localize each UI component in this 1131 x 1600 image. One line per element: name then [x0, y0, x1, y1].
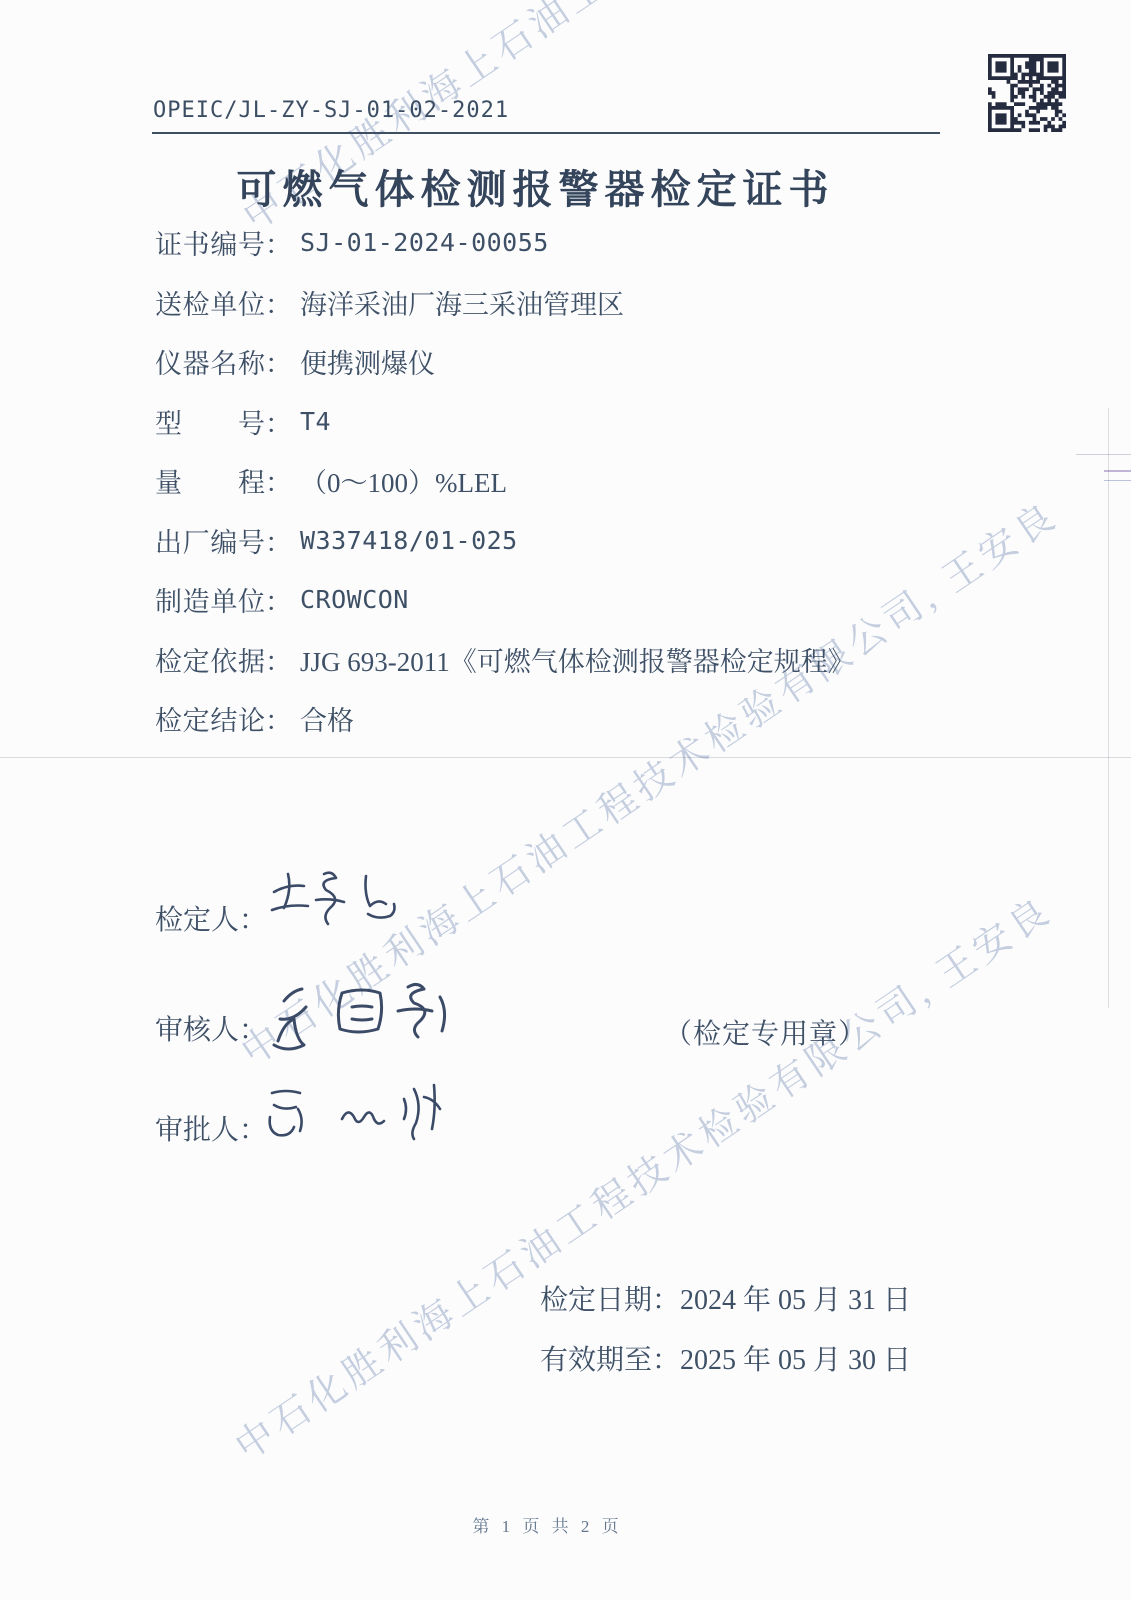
valid-until-label: 有效期至 — [540, 1338, 652, 1378]
field-value: 合格 — [300, 699, 354, 738]
approver-row: 审批人： — [155, 1108, 267, 1148]
valid-until-row: 有效期至：2025 年 05 月 30 日 — [540, 1328, 911, 1388]
field-label: 型号 — [155, 402, 265, 441]
field-colon: ： — [652, 1338, 680, 1378]
fields-block: 证书编号：SJ-01-2024-00055 送检单位：海洋采油厂海三采油管理区 … — [155, 213, 855, 749]
scan-artifact-hline-1 — [1076, 454, 1131, 455]
field-label: 证书编号 — [155, 223, 265, 262]
field-value: SJ-01-2024-00055 — [300, 228, 549, 257]
field-value: 海洋采油厂海三采油管理区 — [300, 283, 624, 322]
field-label: 送检单位 — [155, 283, 265, 322]
field-value: CROWCON — [300, 585, 409, 614]
valid-until-value: 2025 年 05 月 30 日 — [680, 1338, 911, 1378]
field-value: JJG 693-2011《可燃气体检测报警器检定规程》 — [300, 640, 855, 679]
verifier-label: 检定人 — [155, 905, 239, 936]
field-row-verification-conclusion: 检定结论：合格 — [155, 689, 855, 749]
field-label: 检定依据 — [155, 640, 265, 679]
reviewer-row: 审核人： — [155, 1008, 267, 1048]
field-label: 制造单位 — [155, 580, 265, 619]
document-code: OPEIC/JL-ZY-SJ-01-02-2021 — [153, 98, 509, 123]
field-row-model: 型号：T4 — [155, 392, 855, 452]
field-row-factory-number: 出厂编号：W337418/01-025 — [155, 511, 855, 571]
qr-code — [988, 53, 1066, 133]
dates-block: 检定日期：2024 年 05 月 31 日 有效期至：2025 年 05 月 3… — [540, 1268, 911, 1388]
field-colon: ： — [265, 640, 292, 679]
header-rule — [152, 132, 940, 134]
field-row-manufacturer: 制造单位：CROWCON — [155, 570, 855, 630]
field-colon: ： — [265, 283, 292, 322]
field-colon: ： — [239, 1015, 267, 1046]
field-label: 检定结论 — [155, 699, 265, 738]
field-label: 量程 — [155, 461, 265, 500]
field-value: 便携测爆仪 — [300, 342, 435, 381]
field-row-instrument-name: 仪器名称：便携测爆仪 — [155, 332, 855, 392]
field-label: 出厂编号 — [155, 521, 265, 560]
reviewer-label: 审核人 — [155, 1015, 239, 1046]
verification-date-label: 检定日期 — [540, 1278, 652, 1318]
scan-artifact-hline-2 — [1104, 470, 1131, 472]
verifier-row: 检定人： — [155, 898, 267, 938]
field-value: W337418/01-025 — [300, 526, 518, 555]
certificate-title: 可燃气体检测报警器检定证书 — [0, 158, 1101, 215]
verification-date-row: 检定日期：2024 年 05 月 31 日 — [540, 1268, 911, 1328]
seal-note: （检定专用章） — [664, 1012, 867, 1052]
field-label: 仪器名称 — [155, 342, 265, 381]
field-row-range: 量程：（0～100）%LEL — [155, 451, 855, 511]
field-colon: ： — [265, 461, 292, 500]
field-row-verification-basis: 检定依据：JJG 693-2011《可燃气体检测报警器检定规程》 — [155, 630, 855, 690]
approver-signature — [258, 1075, 463, 1157]
certificate-page: 中石化胜利海上石油工程技术检验有限公司, 王安良 中石化胜利海上石油工程技术检验… — [0, 0, 1131, 1600]
field-colon: ： — [265, 402, 292, 441]
field-colon: ： — [265, 342, 292, 381]
field-value: T4 — [300, 407, 331, 436]
field-colon: ： — [265, 580, 292, 619]
field-colon: ： — [652, 1278, 680, 1318]
verifier-signature — [262, 862, 412, 942]
reviewer-signature — [268, 975, 493, 1060]
verification-date-value: 2024 年 05 月 31 日 — [680, 1278, 911, 1318]
approver-label: 审批人 — [155, 1115, 239, 1146]
page-footer: 第 1 页 共 2 页 — [0, 1512, 1113, 1537]
field-row-certificate-number: 证书编号：SJ-01-2024-00055 — [155, 213, 855, 273]
scan-artifact-vline — [1108, 408, 1109, 1008]
field-colon: ： — [265, 521, 292, 560]
field-value: （0～100）%LEL — [300, 461, 507, 500]
field-colon: ： — [265, 223, 292, 262]
field-row-submitting-unit: 送检单位：海洋采油厂海三采油管理区 — [155, 273, 855, 333]
scan-artifact-hline-3 — [1104, 480, 1131, 481]
field-colon: ： — [265, 699, 292, 738]
scan-separator-line — [0, 757, 1131, 758]
